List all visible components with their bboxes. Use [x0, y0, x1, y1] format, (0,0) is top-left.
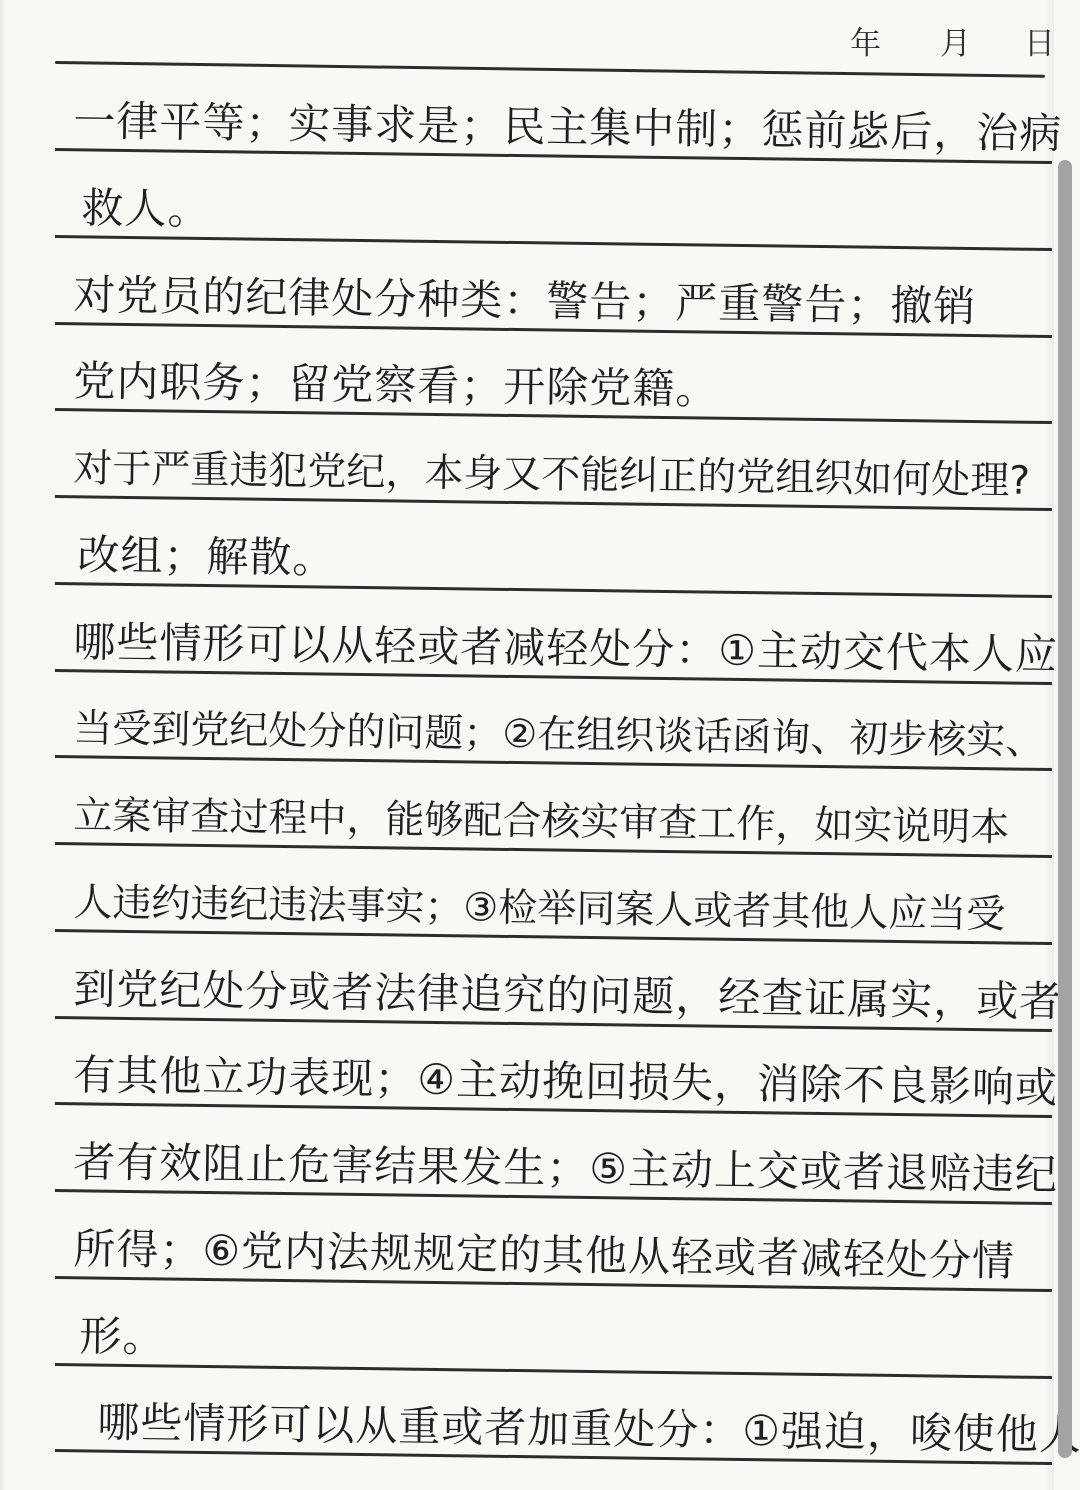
handwritten-line: 立案审查过程中，能够配合核实审查工作，如实说明本 [55, 758, 1053, 858]
year-label: 年 [850, 18, 881, 63]
handwritten-line: 当受到党纪处分的问题；②在组织谈话函询、初步核实、 [55, 671, 1053, 771]
handwritten-line: 所得；⑥党内法规规定的其他从轻或者减轻处分情 [55, 1192, 1053, 1292]
handwritten-line: 改组；解散。 [55, 498, 1053, 598]
handwritten-line: 哪些情形可以从轻或者减轻处分：①主动交代本人应 [55, 585, 1053, 685]
handwritten-line: 有其他立功表现；④主动挽回损失，消除不良影响或 [55, 1018, 1053, 1118]
handwriting-text: 所得；⑥党内法规规定的其他从轻或者减轻处分情 [55, 1226, 1015, 1288]
handwriting-text: 一律平等；实事求是；民主集中制；惩前毖后，治病 [55, 99, 1063, 161]
handwriting-text: 救人。 [55, 185, 211, 236]
handwriting-text: 党内职务；留党察看；开除党籍。 [55, 359, 719, 417]
month-label: 月 [940, 18, 971, 63]
handwritten-line: 对党员的纪律处分种类：警告；严重警告；撤销 [55, 238, 1053, 338]
handwriting-text: 哪些情形可以从重或者加重处分：①强迫，唆使他人 [55, 1400, 1080, 1463]
handwritten-line: 党内职务；留党察看；开除党籍。 [55, 324, 1053, 424]
handwriting-text: 人违约违纪违法事实；③检举同案人或者其他人应当受 [55, 883, 1005, 941]
handwritten-line: 到党纪处分或者法律追究的问题，经查证属实，或者 [55, 932, 1053, 1032]
handwriting-text: 者有效阻止危害结果发生；⑤主动上交或者退赔违纪 [55, 1140, 1058, 1202]
handwritten-line: 对于严重违犯党纪，本身又不能纠正的党组织如何处理? [55, 411, 1053, 511]
handwriting-text: 对于严重违犯党纪，本身又不能纠正的党组织如何处理? [55, 449, 1030, 508]
handwriting-area: 一律平等；实事求是；民主集中制；惩前毖后，治病 救人。 对党员的纪律处分种类：警… [55, 64, 1052, 1452]
scrollbar-track[interactable] [1056, 0, 1074, 1490]
handwriting-text: 对党员的纪律处分种类：警告；严重警告；撤销 [55, 272, 977, 333]
handwriting-text: 改组；解散。 [55, 532, 336, 585]
day-label: 日 [1024, 18, 1055, 63]
handwritten-line: 一律平等；实事求是；民主集中制；惩前毖后，治病 [55, 64, 1053, 164]
handwritten-line: 人违约违纪违法事实；③检举同案人或者其他人应当受 [55, 845, 1053, 945]
handwritten-line: 救人。 [55, 151, 1053, 251]
handwriting-text: 立案审查过程中，能够配合核实审查工作，如实说明本 [55, 796, 1010, 854]
handwritten-line: 哪些情形可以从重或者加重处分：①强迫，唆使他人 [55, 1365, 1053, 1465]
handwriting-text: 有其他立功表现；④主动挽回损失，消除不良影响或 [55, 1053, 1058, 1115]
handwritten-line: 者有效阻止危害结果发生；⑤主动上交或者退赔违纪 [55, 1105, 1053, 1205]
handwritten-line: 形。 [55, 1279, 1053, 1379]
scrollbar-thumb[interactable] [1058, 160, 1072, 1458]
page-left-edge [0, 0, 5, 1490]
handwriting-text: 形。 [55, 1313, 166, 1364]
